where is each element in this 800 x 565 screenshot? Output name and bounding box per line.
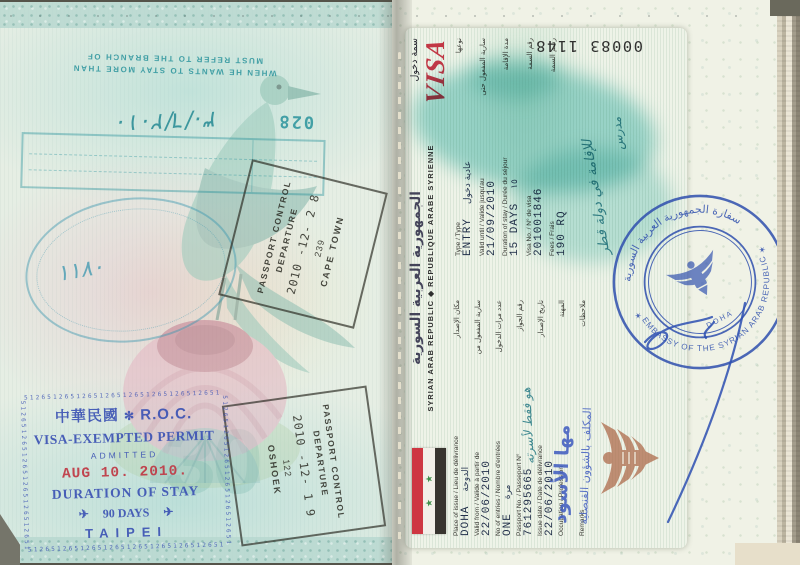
- airplane-icon: ✈: [163, 504, 173, 519]
- flag-white-stripe: ★ ★: [423, 448, 434, 534]
- consular-officer-name: مها الأسود: [549, 406, 575, 524]
- field-label-arabic: ملاحظات: [579, 300, 587, 327]
- visa-field-duration: Duration of stay / Durée du séjourمدة ال…: [502, 38, 526, 256]
- visa-fields-right-column: Type / Typeنوعها ENTRYعادية دخول Valid u…: [455, 38, 573, 256]
- roc-duration-line: DURATION OF STAY: [52, 483, 200, 503]
- roc-header: 中華民國 ✻ R.O.C.: [55, 402, 193, 427]
- visa-field-valid-until: Valid until / Valide jusqu'auسارية المفع…: [479, 38, 503, 256]
- field-label-arabic: المهنة: [558, 300, 566, 317]
- visa-field-visa-no: Visa No. / N° de visaرقم السمة 201001846: [526, 38, 550, 256]
- field-value: ONE: [502, 513, 514, 536]
- field-value: 201001846: [533, 188, 545, 256]
- field-value: 190 RQ: [556, 210, 568, 256]
- field-value: 15 DAYS: [509, 203, 521, 256]
- visa-field-no-of-entries: No of entries / Nombre d'entréesعدد مرات…: [495, 300, 516, 536]
- airplane-icon: ✈: [79, 506, 89, 521]
- roc-visa-exempted-stamp: 5126512651265126512651265126512651265126…: [18, 389, 232, 554]
- passport-scan: 30 028 ٣٠/٦/٢٠١٠ WHEN HE WANTS TO STAY M…: [0, 0, 800, 565]
- roc-header-chinese: 中華民國: [55, 407, 119, 426]
- oval-stamp-handwriting: ١١٨٠: [55, 254, 106, 287]
- scan-dust: [10, 15, 760, 17]
- departure-stamp-oshoek: PASSPORT CONTROL DEPARTURE 2010 -12- 1 9…: [222, 386, 386, 547]
- field-value-arabic: ١٥: [510, 179, 520, 189]
- entry-stamp-number: 028: [277, 111, 314, 132]
- visa-serial-number: 00083 1148: [487, 33, 643, 55]
- visa-title: VISA: [420, 36, 451, 106]
- field-value: DOHA: [460, 506, 472, 536]
- stamp-star-icon: ✶: [757, 244, 768, 256]
- stamp-date: 2010 -12- 1 9: [290, 414, 318, 518]
- roc-admitted-line: ADMITTED: [91, 449, 159, 461]
- flag-black-stripe: [435, 448, 446, 534]
- passport-left-page: 30 028 ٣٠/٦/٢٠١٠ WHEN HE WANTS TO STAY M…: [0, 2, 392, 563]
- entry-stamp-handwritten-date: ٣٠/٦/٢٠١٠: [116, 106, 219, 136]
- roc-days-line: ✈ 90 DAYS ✈: [79, 504, 174, 521]
- visa-field-valid-from: Valid from / Valide à partir deسارية الم…: [474, 300, 495, 536]
- stamp-office: OSHOEK: [266, 444, 283, 496]
- roc-header-english: R.O.C.: [140, 405, 192, 423]
- visa-header-arabic: الجمهورية العربية السورية: [408, 113, 424, 443]
- stamp-office-number: 122: [281, 459, 293, 478]
- plum-blossom-icon: ✻: [124, 409, 135, 423]
- syrian-flag: ★ ★: [412, 448, 446, 534]
- field-label-arabic: تاريخ الإصدار: [537, 300, 545, 337]
- field-label-arabic: نوعها: [455, 38, 463, 53]
- field-value: 21/09/2010: [486, 180, 498, 256]
- roc-days: 90 DAYS: [103, 505, 150, 521]
- page-edge-bottom-right: [735, 543, 800, 565]
- field-label-arabic: رقم الجواز: [516, 300, 524, 331]
- visa-header: الجمهورية العربية السورية SYRIAN ARAB RE…: [408, 113, 435, 443]
- field-value-arabic: مرة: [503, 485, 513, 500]
- roc-city: TAIPEI: [85, 524, 168, 541]
- field-label-arabic: مكان الإصدار: [453, 300, 461, 338]
- field-value: ENTRY: [462, 218, 474, 256]
- entry-stamp-text: WHEN HE WANTS TO STAY MORE THAN MUST REF…: [13, 48, 336, 80]
- consular-officer-stamp: مها الأسود المكلف بالشؤون القنصلية: [549, 406, 594, 525]
- visa-title-arabic: سمة دخول: [409, 38, 420, 104]
- syrian-eagle-emblem: [591, 414, 663, 502]
- visa-field-type: Type / Typeنوعها ENTRYعادية دخول: [455, 38, 479, 256]
- field-label-arabic: سارية المفعول من: [474, 300, 482, 354]
- stamp-office-number: 239: [312, 238, 326, 258]
- field-value: 22/06/2010: [481, 460, 493, 536]
- flag-red-stripe: [412, 448, 423, 534]
- field-label-arabic: سارية المفعول حتى: [479, 38, 487, 96]
- page-stack-edge: [777, 0, 800, 565]
- handwritten-occupation: مدرس: [610, 116, 627, 150]
- entry-stamp-middle: 028 ٣٠/٦/٢٠١٠: [18, 86, 329, 140]
- visa-header-english: SYRIAN ARAB REPUBLIC ◆ REPUBLIQUE ARABE …: [426, 113, 435, 443]
- field-value-arabic: عادية دخول: [463, 161, 473, 204]
- scanner-shadow-top-right: [770, 0, 800, 16]
- visa-field-place-of-issue: Place of issue / Lieu de délivranceمكان …: [453, 300, 474, 536]
- field-value-arabic: الدوحة: [461, 467, 471, 492]
- field-value: 761295665: [523, 468, 535, 536]
- roc-admission-date: AUG 10. 2010.: [62, 463, 189, 482]
- field-label-arabic: عدد مرات الدخول: [495, 300, 503, 352]
- roc-permit-line: VISA-EXEMPTED PERMIT: [34, 427, 215, 448]
- embassy-stamp-city: DOHA: [705, 308, 735, 330]
- binding-stitches: [398, 52, 401, 544]
- visa-title-block: سمة دخول VISA: [409, 38, 451, 104]
